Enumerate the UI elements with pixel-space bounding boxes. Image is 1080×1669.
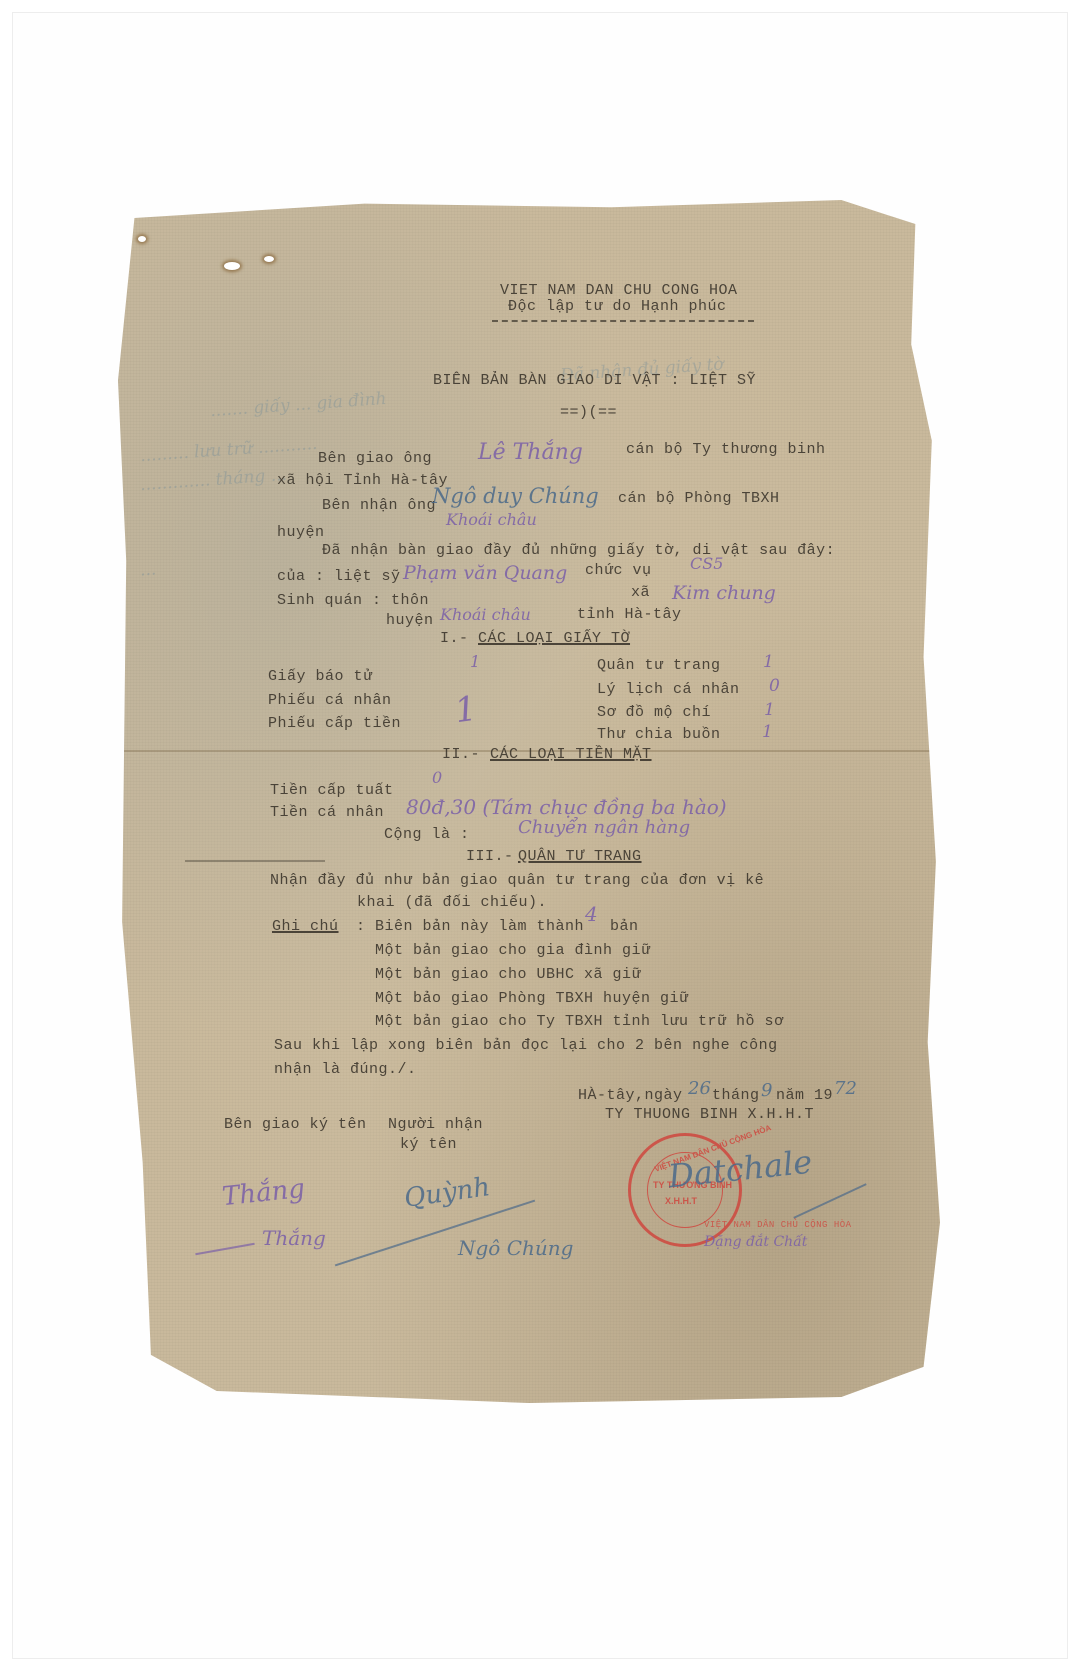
doc-item-label: Thư chia buồn <box>597 726 721 743</box>
date-month-handwritten: 9 <box>761 1080 772 1101</box>
copy-item: Một bản giao cho gia đình giữ <box>375 942 651 959</box>
document-title: BIÊN BẢN BÀN GIAO DI VẬT : LIỆT SỸ <box>433 372 756 389</box>
section1-number: I.- <box>440 630 469 647</box>
position-handwritten: CS5 <box>690 554 723 573</box>
doc-item-label: Sơ đồ mộ chí <box>597 704 711 721</box>
header-divider <box>492 320 754 322</box>
money-item-value: 80đ,30 (Tám chục đồng ba hào) <box>406 795 727 819</box>
martyr-label: của : liệt sỹ <box>277 568 401 585</box>
doc-item-label: Lý lịch cá nhân <box>597 681 740 698</box>
received-statement: Đã nhận bàn giao đầy đủ những giấy tờ, d… <box>322 542 835 559</box>
copies-count-handwritten: 4 <box>585 902 598 926</box>
doc-item-label: Phiếu cá nhân <box>268 692 392 709</box>
notes-label: Ghi chú <box>272 918 339 935</box>
giver-name-handwritten: Lê Thắng <box>478 440 583 465</box>
doc-item-count: 0 <box>769 676 780 696</box>
notes-line: bản <box>610 918 639 935</box>
date-place: HÀ-tây,ngày <box>578 1087 683 1104</box>
section3-line: Nhận đầy đủ như bản giao quân tư trang c… <box>270 872 764 889</box>
receiver-label: Bên nhận ông <box>322 497 436 514</box>
section3-heading: QUÂN TƯ TRANG <box>518 848 642 865</box>
section3-line: khai (đã đối chiếu). <box>357 894 547 911</box>
doc-item-count: 1 <box>762 722 773 742</box>
giver-signature-name: Thắng <box>262 1226 326 1250</box>
section2-heading: CÁC LOẠI TIỀN MẶT <box>490 746 652 763</box>
commune-handwritten: Kim chung <box>672 582 776 604</box>
birthplace-label: Sinh quán : thôn <box>277 592 429 609</box>
stamp-side-text: VIỆT NAM DÂN CHỦ CỘNG HÒA <box>704 1220 852 1230</box>
closing-line: nhận là đúng./. <box>274 1061 417 1078</box>
section3-number: III.- <box>466 848 514 865</box>
martyr-district-handwritten: Khoái châu <box>440 605 531 624</box>
stamp-bottom-text: X.H.H.T <box>665 1196 697 1206</box>
money-item-label: Tiền cá nhân <box>270 804 384 821</box>
country-header: VIET NAM DAN CHU CONG HOA <box>500 282 738 299</box>
receiver-signature-label: ký tên <box>400 1136 457 1153</box>
martyr-name-handwritten: Phạm văn Quang <box>403 562 567 584</box>
giver-role-cont: xã hội Tỉnh Hà-tây <box>277 472 448 489</box>
total-handwritten: Chuyển ngân hàng <box>518 817 690 838</box>
receiver-name-handwritten: Ngô duy Chúng <box>432 484 599 508</box>
giver-signature-label: Bên giao ký tên <box>224 1116 367 1133</box>
doc-item-label: Quân tư trang <box>597 657 721 674</box>
province-label: tỉnh Hà-tây <box>577 606 682 623</box>
commune-label: xã <box>631 584 650 601</box>
receiver-role: cán bộ Phòng TBXH <box>618 490 780 507</box>
closing-line: Sau khi lập xong biên bản đọc lại cho 2 … <box>274 1037 778 1054</box>
copy-item: Một bản giao cho Ty TBXH tỉnh lưu trữ hồ… <box>375 1013 784 1030</box>
date-month-label: tháng <box>712 1087 760 1104</box>
doc-item-count: 1 <box>763 652 774 672</box>
doc-item-label: Giấy báo tử <box>268 668 373 685</box>
section1-heading: CÁC LOẠI GIẤY TỜ <box>478 630 630 647</box>
office-name: TY THUONG BINH X.H.H.T <box>605 1106 814 1123</box>
notes-line: : Biên bản này làm thành <box>356 918 584 935</box>
bleed-through-text: ... <box>139 559 157 580</box>
position-label: chức vụ <box>585 562 652 579</box>
giver-label: Bên giao ông <box>318 450 432 467</box>
paper-hole <box>138 236 146 242</box>
district-handwritten: Khoái châu <box>446 510 537 529</box>
giver-role: cán bộ Ty thương binh <box>626 441 826 458</box>
office-signer-name: Đặng đắt Chất <box>704 1234 807 1250</box>
doc-item-count: 1 <box>764 700 775 720</box>
money-item-value: 0 <box>432 768 442 787</box>
doc-item-label: Phiếu cấp tiền <box>268 715 401 732</box>
motto: Độc lập tư do Hạnh phúc <box>508 298 727 315</box>
date-day-handwritten: 26 <box>688 1078 711 1099</box>
paper-hole <box>264 256 274 262</box>
district-label: huyện <box>277 524 325 541</box>
receiver-signature-label: Người nhận <box>388 1116 483 1133</box>
section2-number: II.- <box>442 746 480 763</box>
copy-item: Một bảo giao Phòng TBXH huyện giữ <box>375 990 689 1007</box>
paper-hole <box>224 262 240 270</box>
date-year-label: năm 19 <box>776 1087 833 1104</box>
section-divider <box>185 860 325 862</box>
doc-item-count: 1 <box>470 652 480 671</box>
date-year-handwritten: 72 <box>834 1078 857 1099</box>
martyr-district-label: huyện <box>386 612 434 629</box>
total-label: Cộng là : <box>384 826 470 843</box>
title-ornament: ==)(== <box>560 404 617 421</box>
copy-item: Một bản giao cho UBHC xã giữ <box>375 966 641 983</box>
receiver-printed-name: Ngô Chúng <box>458 1236 573 1260</box>
money-item-label: Tiền cấp tuất <box>270 782 394 799</box>
